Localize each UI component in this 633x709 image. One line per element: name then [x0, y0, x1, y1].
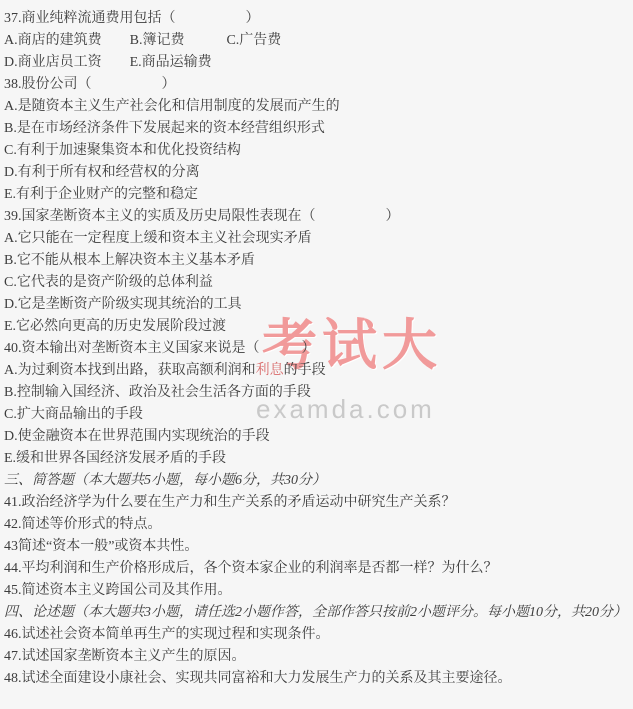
question-line: 45.简述资本主义跨国公司及其作用。 — [4, 580, 633, 602]
question-line: 46.试述社会资本简单再生产的实现过程和实现条件。 — [4, 624, 633, 646]
option-text: A.为过剩资本找到出路，获取高额利润和 — [4, 363, 256, 378]
option-line: A.商店的建筑费 B.簿记费 C.广告费 — [4, 30, 633, 52]
option-line: E.缓和世界各国经济发展矛盾的手段 — [4, 448, 633, 470]
option-line: D.商业店员工资 E.商品运输费 — [4, 52, 633, 74]
exam-body: 37.商业纯粹流通费用包括（ ）A.商店的建筑费 B.簿记费 C.广告费D.商业… — [0, 0, 633, 690]
option-line: A.为过剩资本找到出路，获取高额利润和利息的手段 — [4, 360, 633, 382]
question-line: 42.简述等价形式的特点。 — [4, 514, 633, 536]
section-header: 三、简答题（本大题共5小题，每小题6分，共30分） — [4, 470, 633, 492]
exam-page: 考试大 examda.com 37.商业纯粹流通费用包括（ ）A.商店的建筑费 … — [0, 0, 633, 709]
option-line: B.控制输入国经济、政治及社会生活各方面的手段 — [4, 382, 633, 404]
question-line: 40.资本输出对垄断资本主义国家来说是（ ） — [4, 338, 633, 360]
option-line: C.有利于加速聚集资本和优化投资结构 — [4, 140, 633, 162]
option-line: B.它不能从根本上解决资本主义基本矛盾 — [4, 250, 633, 272]
option-line: A.它只能在一定程度上缓和资本主义社会现实矛盾 — [4, 228, 633, 250]
option-line: B.是在市场经济条件下发展起来的资本经营组织形式 — [4, 118, 633, 140]
highlighted-text: 利息 — [256, 363, 284, 378]
question-line: 43简述“资本一般”或资本共性。 — [4, 536, 633, 558]
option-line: D.它是垄断资产阶级实现其统治的工具 — [4, 294, 633, 316]
question-line: 39.国家垄断资本主义的实质及历史局限性表现在（ ） — [4, 206, 633, 228]
option-line: D.使金融资本在世界范围内实现统治的手段 — [4, 426, 633, 448]
option-line: C.它代表的是资产阶级的总体利益 — [4, 272, 633, 294]
question-line: 47.试述国家垄断资本主义产生的原因。 — [4, 646, 633, 668]
option-line: E.它必然向更高的历史发展阶段过渡 — [4, 316, 633, 338]
question-line: 44.平均利润和生产价格形成后，各个资本家企业的利润率是否都一样？为什么？ — [4, 558, 633, 580]
question-line: 38.股份公司（ ） — [4, 74, 633, 96]
question-line: 41.政治经济学为什么要在生产力和生产关系的矛盾运动中研究生产关系？ — [4, 492, 633, 514]
option-line: C.扩大商品输出的手段 — [4, 404, 633, 426]
question-line: 37.商业纯粹流通费用包括（ ） — [4, 8, 633, 30]
section-header: 四、论述题（本大题共3小题，请任选2小题作答，全部作答只按前2小题评分。每小题1… — [4, 602, 633, 624]
option-text: 的手段 — [284, 363, 326, 378]
option-line: A.是随资本主义生产社会化和信用制度的发展而产生的 — [4, 96, 633, 118]
option-line: E.有利于企业财产的完整和稳定 — [4, 184, 633, 206]
option-line: D.有利于所有权和经营权的分离 — [4, 162, 633, 184]
question-line: 48.试述全面建设小康社会、实现共同富裕和大力发展生产力的关系及其主要途径。 — [4, 668, 633, 690]
